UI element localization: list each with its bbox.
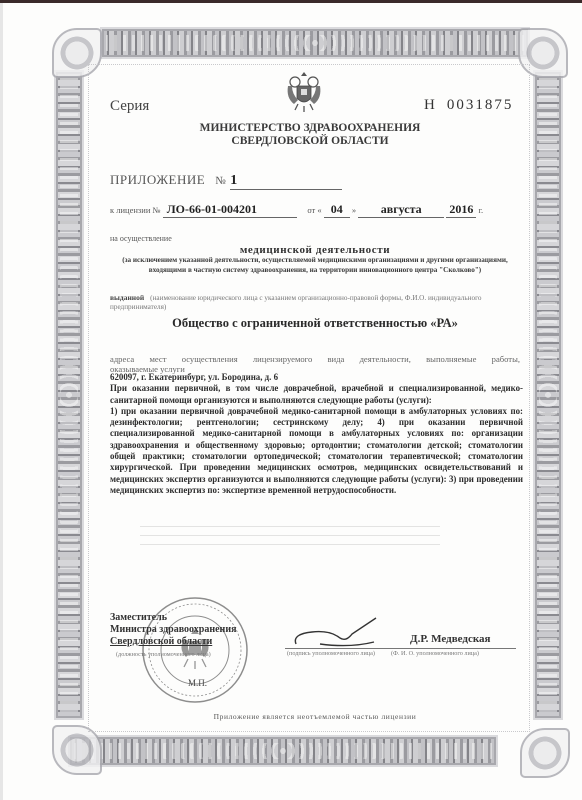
address-and-services: 620097, г. Екатеринбург, ул. Бородина, д… xyxy=(110,372,523,496)
number-sign: № xyxy=(215,175,226,187)
quote-open: « xyxy=(317,205,321,215)
series-digits: 0031875 xyxy=(447,97,514,113)
date-from-label: от xyxy=(307,205,315,215)
appendix-label: ПРИЛОЖЕНИЕ xyxy=(110,172,205,187)
authority-line-1: МИНИСТЕРСТВО ЗДРАВООХРАНЕНИЯ xyxy=(160,122,460,135)
bleed-through-text xyxy=(140,518,440,578)
handwritten-signature-icon xyxy=(290,614,380,650)
issued-caption: (наименование юридического лица с указан… xyxy=(110,294,481,311)
license-reference: к лицензии № ЛО-66-01-004201 от « 04 » а… xyxy=(110,202,510,218)
position-line-3: Свердловской области xyxy=(110,636,237,648)
quote-close: » xyxy=(352,205,356,215)
appendix-number: 1 xyxy=(230,173,342,190)
appendix-heading: ПРИЛОЖЕНИЕ№1 xyxy=(110,172,342,190)
series-letter: Н xyxy=(424,97,437,113)
license-month: августа xyxy=(358,202,444,218)
signatory-position: Заместитель Министра здравоохранения Све… xyxy=(110,612,237,648)
services-list: 1) при оказании первичной доврачебной ме… xyxy=(110,406,523,496)
corner-ornament-icon xyxy=(52,725,102,775)
series-number: Н0031875 xyxy=(424,97,513,114)
issued-label: выданной xyxy=(110,293,144,302)
ornamental-border-left xyxy=(54,70,84,720)
footer-note: Приложение является неотъемлемой частью … xyxy=(110,712,520,721)
name-caption: (Ф. И. О. уполномоченного лица) xyxy=(391,650,479,657)
ornamental-border-top xyxy=(100,27,530,59)
address-value: 620097, г. Екатеринбург, ул. Бородина, д… xyxy=(110,372,523,383)
scan-top-edge xyxy=(0,0,582,3)
scan-left-edge xyxy=(0,3,3,800)
year-suffix: г. xyxy=(478,205,483,215)
activity-exclusion: (за исключением указанной деятельности, … xyxy=(110,256,520,275)
signatory-name: Д.Р. Медведская xyxy=(410,633,490,645)
activity-for-label: на осуществление xyxy=(110,234,172,243)
position-line-2: Министра здравоохранения xyxy=(110,624,237,636)
issuing-authority: МИНИСТЕРСТВО ЗДРАВООХРАНЕНИЯ СВЕРДЛОВСКО… xyxy=(160,122,460,148)
coat-of-arms-icon xyxy=(284,68,324,114)
license-number: ЛО-66-01-004201 xyxy=(163,202,297,218)
license-prefix: к лицензии № xyxy=(110,205,161,215)
license-day: 04 xyxy=(324,202,350,218)
position-line-1: Заместитель xyxy=(110,612,237,624)
issued-to-caption: выданной(наименование юридического лица … xyxy=(110,293,520,312)
series-label: Серия xyxy=(110,98,149,115)
ornamental-border-right xyxy=(533,70,563,720)
signature-line xyxy=(285,648,395,649)
address-label-line-1: адреса мест осуществления лицензируемого… xyxy=(110,355,520,364)
ornamental-border-bottom xyxy=(68,735,498,767)
signature-caption: (подпись уполномоченного лица) xyxy=(287,650,375,657)
corner-ornament-icon xyxy=(520,728,570,778)
activity-title: медицинской деятельности xyxy=(110,244,520,256)
position-caption: (должность уполномоченного лица) xyxy=(116,651,211,658)
organization-name: Общество с ограниченной ответственностью… xyxy=(110,316,520,331)
license-year: 2016 xyxy=(446,202,476,218)
stamp-place-label: М.П. xyxy=(188,678,207,688)
name-line xyxy=(388,648,516,649)
authority-line-2: СВЕРДЛОВСКОЙ ОБЛАСТИ xyxy=(160,135,460,148)
services-intro: При оказании первичной, в том числе довр… xyxy=(110,383,523,406)
